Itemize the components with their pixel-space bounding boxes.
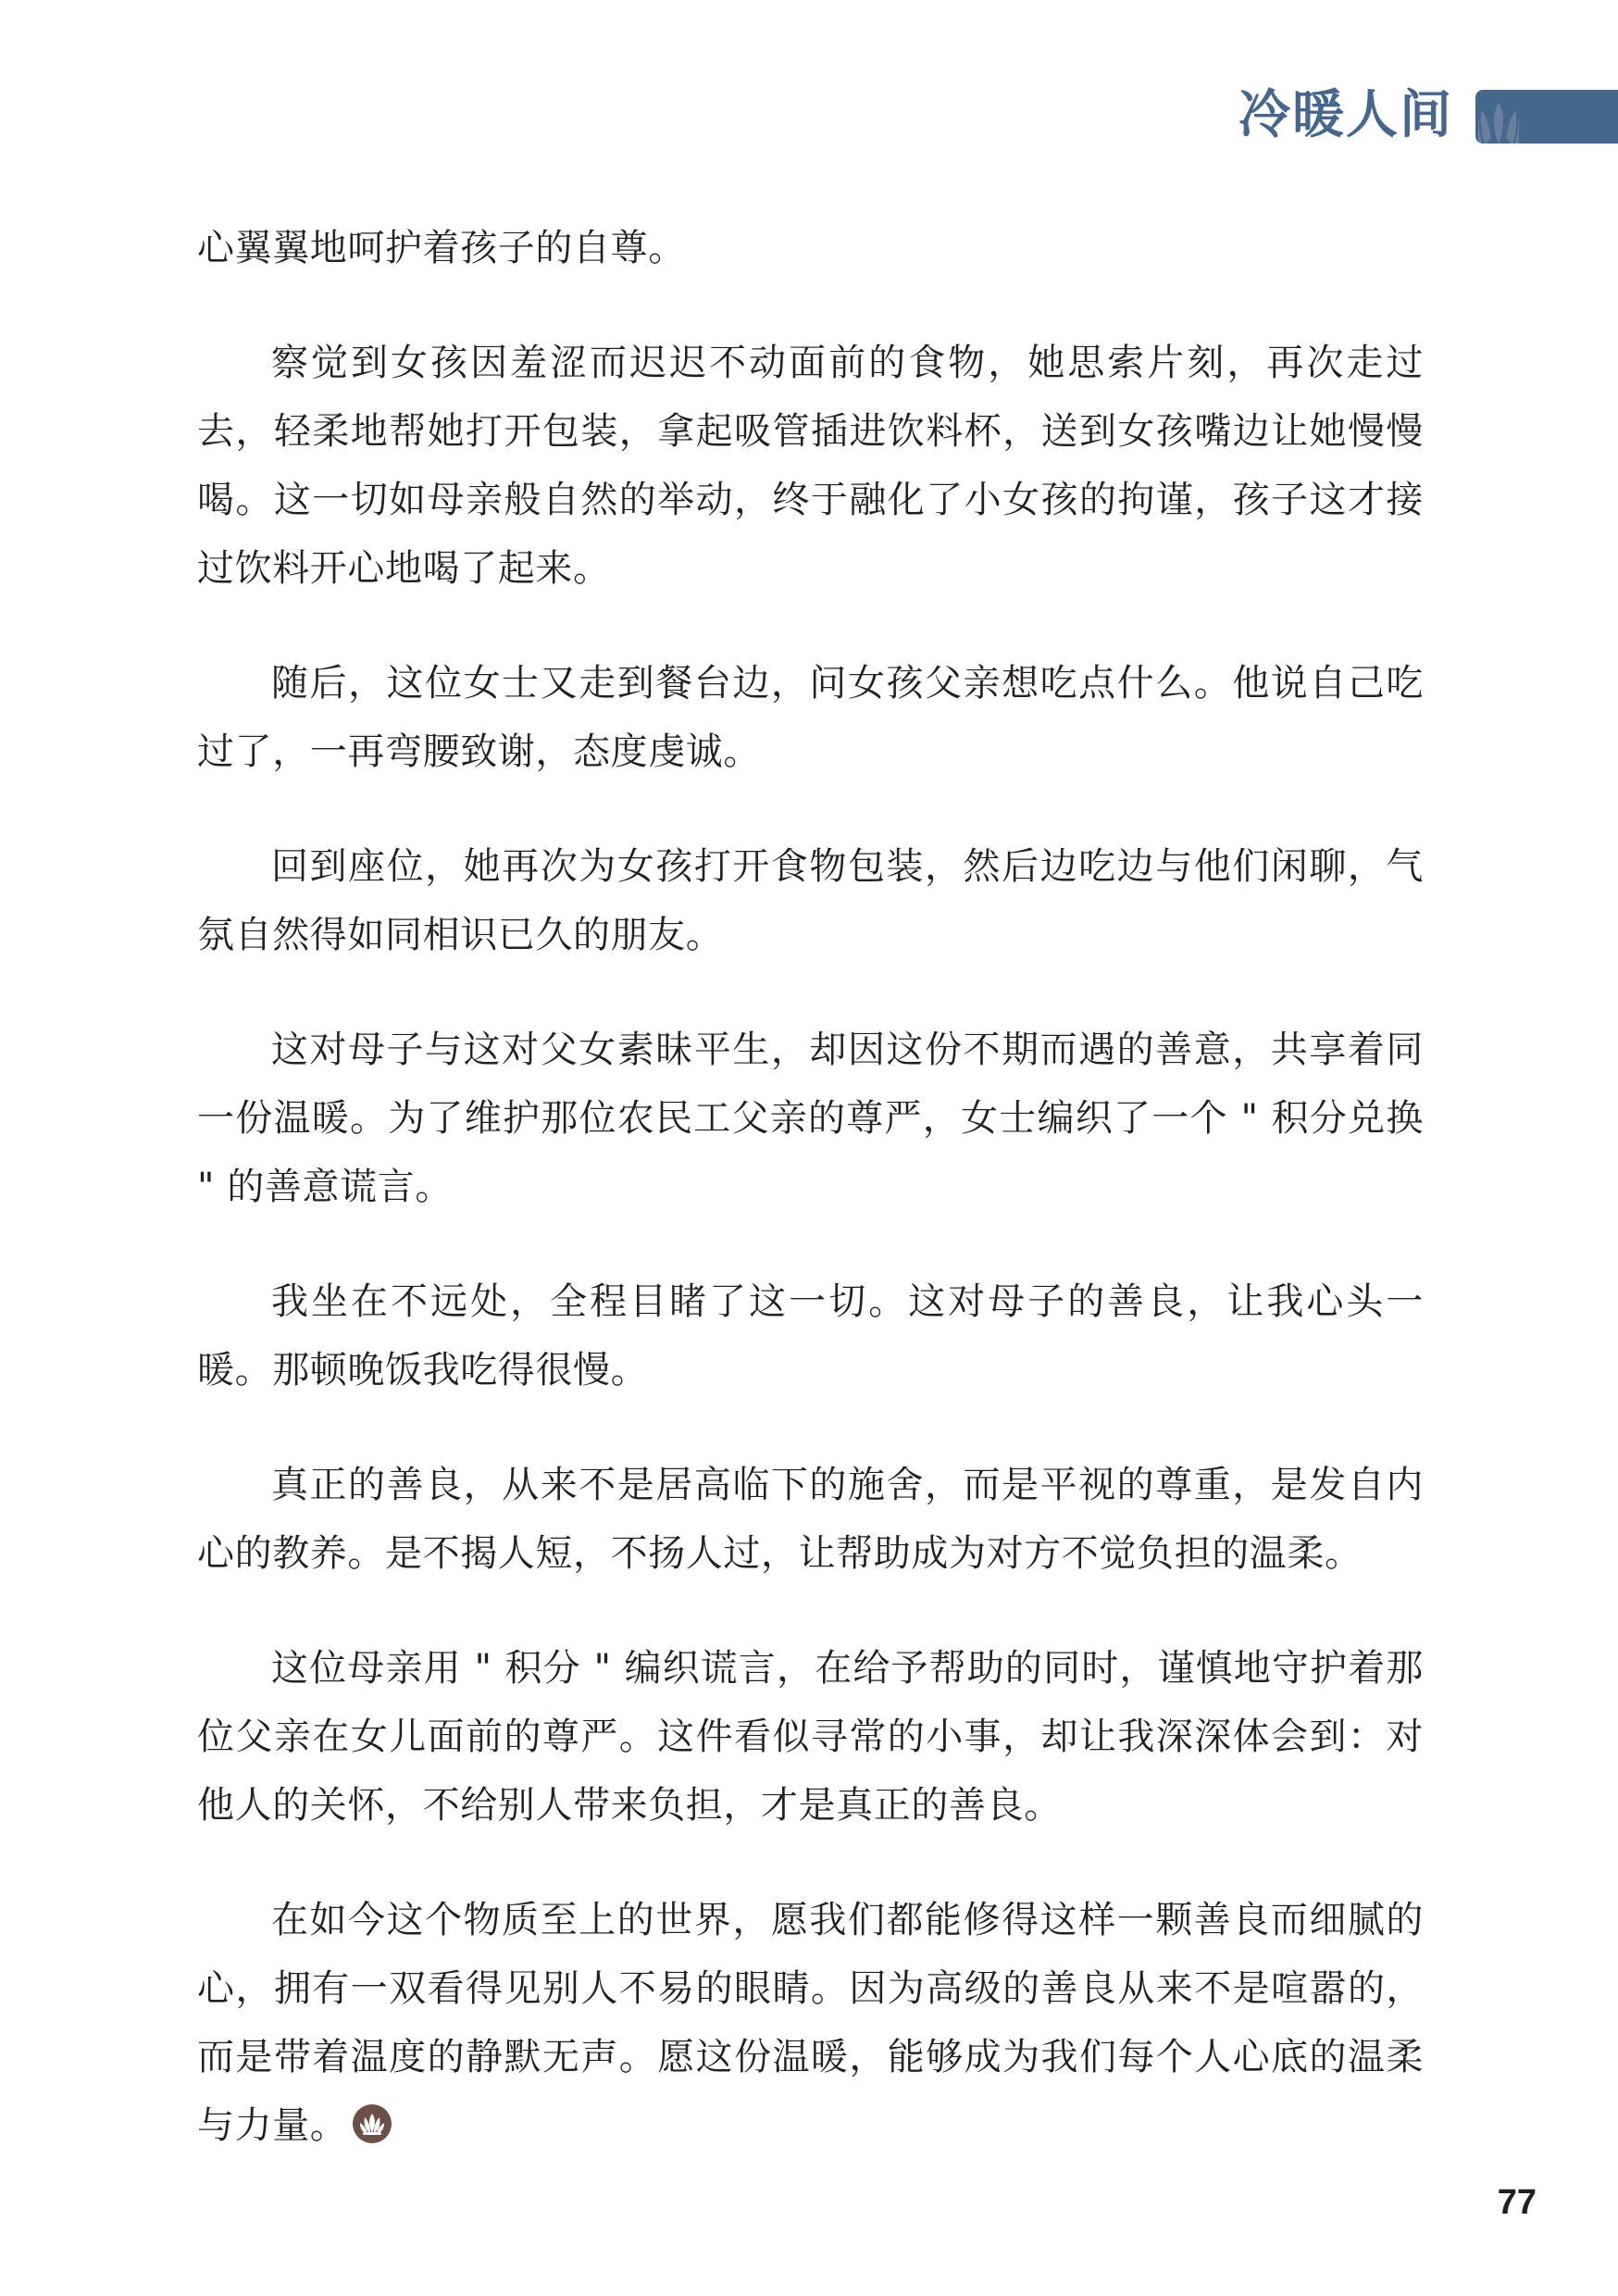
paragraph-8: 这位母亲用 " 积分 " 编织谎言，在给予帮助的同时，谨慎地守护着那位父亲在女儿… xyxy=(197,1634,1424,1840)
article-body: 心翼翼地呵护着孩子的自尊。 察觉到女孩因羞涩而迟迟不动面前的食物，她思索片刻，再… xyxy=(197,214,1424,2206)
paragraph-6: 我坐在不远处，全程目睹了这一切。这对母子的善良，让我心头一暖。那顿晚饭我吃得很慢… xyxy=(197,1267,1424,1404)
section-title: 冷暖人间 xyxy=(1203,85,1453,146)
paragraph-3: 随后，这位女士又走到餐台边，问女孩父亲想吃点什么。他说自己吃过了，一再弯腰致谢，… xyxy=(197,649,1424,786)
paragraph-9: 在如今这个物质至上的世界，愿我们都能修得这样一颗善良而细腻的心，拥有一双看得见别… xyxy=(197,1886,1424,2160)
page-number: 77 xyxy=(1481,2181,1537,2224)
section-tab xyxy=(1475,90,1618,143)
lotus-icon xyxy=(1475,90,1531,143)
paragraph-5: 这对母子与这对父女素昧平生，却因这份不期而遇的善意，共享着同一份温暖。为了维护那… xyxy=(197,1016,1424,1221)
paragraph-7: 真正的善良，从来不是居高临下的施舍，而是平视的尊重，是发自内心的教养。是不揭人短… xyxy=(197,1451,1424,1588)
paragraph-4: 回到座位，她再次为女孩打开食物包装，然后边吃边与他们闲聊，气氛自然得如同相识已久… xyxy=(197,832,1424,969)
lotus-end-mark-icon xyxy=(353,2104,392,2143)
paragraph-1: 心翼翼地呵护着孩子的自尊。 xyxy=(197,214,1424,282)
paragraph-2: 察觉到女孩因羞涩而迟迟不动面前的食物，她思索片刻，再次走过去，轻柔地帮她打开包装… xyxy=(197,329,1424,603)
